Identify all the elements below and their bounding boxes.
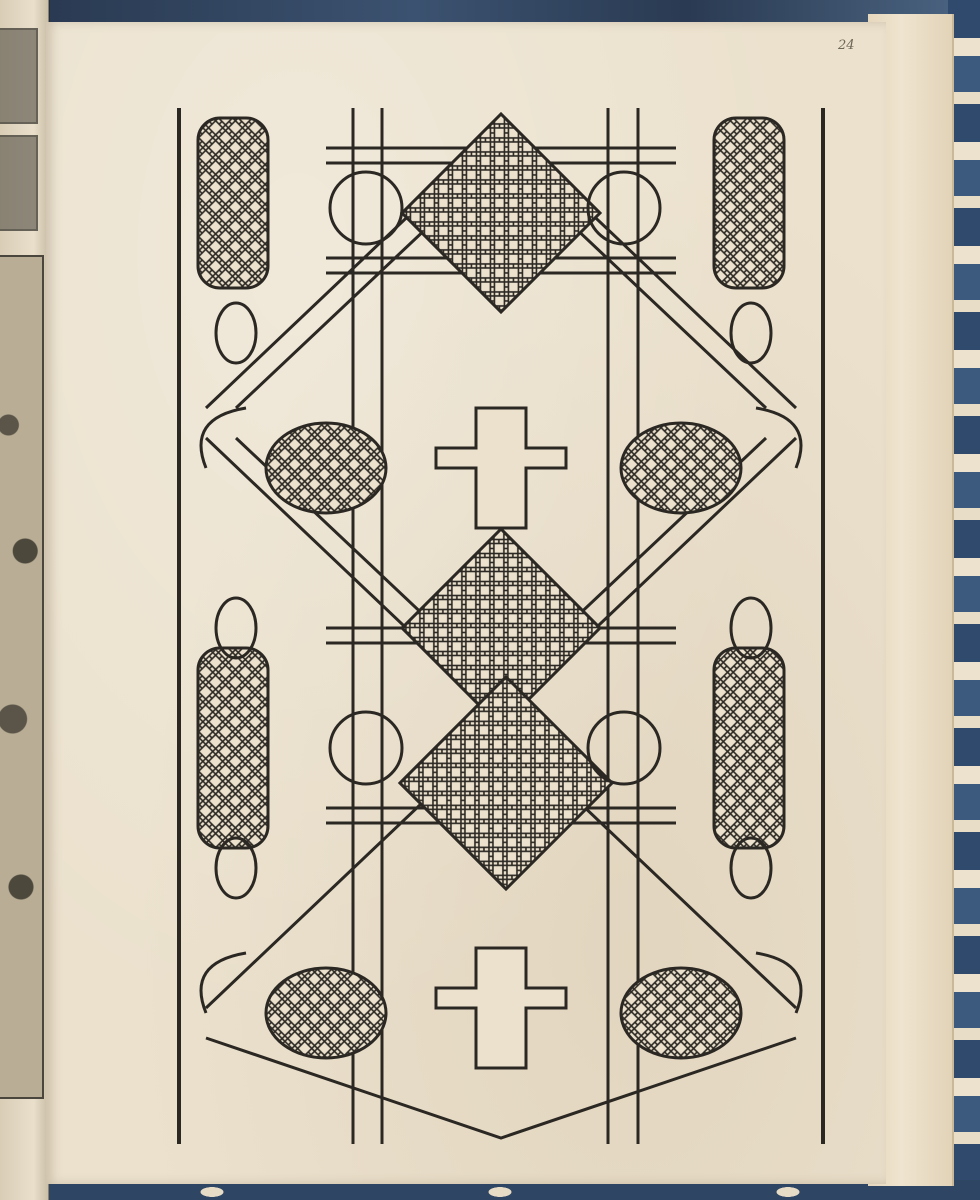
facing-page-woodcut-foliage (0, 255, 44, 1099)
book-cover-top-edge (50, 0, 960, 24)
facing-page-woodcut-small (0, 135, 38, 231)
knotwork-woodcut (176, 108, 826, 1144)
page-number: 24 (838, 38, 855, 53)
knotwork-pattern-illustration (176, 108, 826, 1144)
facing-page-left (0, 0, 49, 1200)
facing-page-woodcut-small (0, 28, 38, 124)
